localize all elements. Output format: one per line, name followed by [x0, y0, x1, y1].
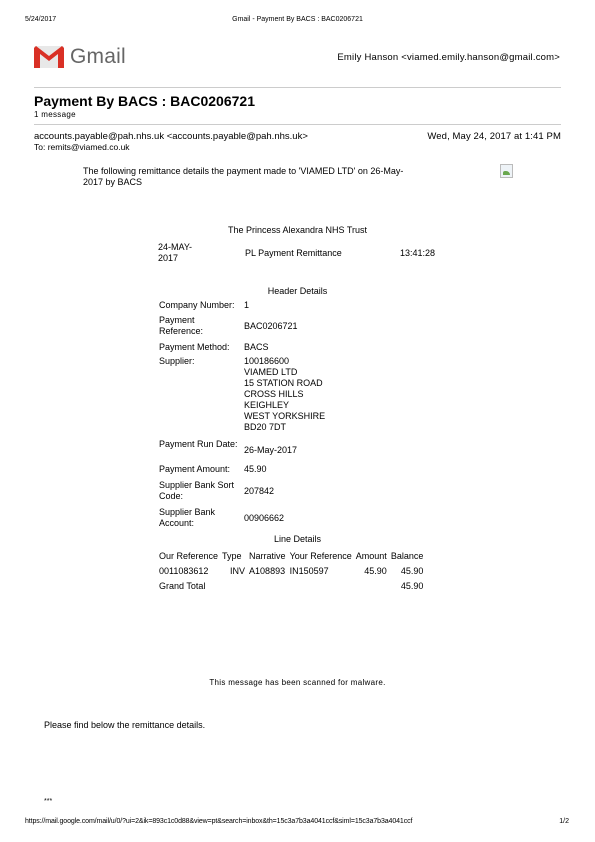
field-value-group: BAC0206721	[244, 321, 298, 332]
column-header: Balance	[389, 548, 426, 563]
table-cell: Grand Total	[157, 578, 220, 593]
malware-notice: This message has been scanned for malwar…	[0, 678, 595, 687]
field-value-group: 207842	[244, 486, 274, 497]
field-label: Payment Amount:	[159, 464, 241, 475]
broken-image-icon	[500, 164, 513, 178]
field-label: Payment Reference:	[159, 315, 241, 337]
table-cell	[220, 578, 247, 593]
field-label: Payment Method:	[159, 342, 241, 353]
line-details-table: Our ReferenceTypeNarrativeYour Reference…	[157, 548, 425, 593]
field-value: 100186600	[244, 356, 325, 367]
separator-stars: ***	[44, 798, 52, 805]
table-cell: INV	[220, 563, 247, 578]
field-value-group: 45.90	[244, 464, 267, 475]
field-value: WEST YORKSHIRE	[244, 411, 325, 422]
field-value-group: 100186600VIAMED LTD15 STATION ROADCROSS …	[244, 356, 325, 433]
report-title: PL Payment Remittance	[245, 248, 342, 258]
field-label: Company Number:	[159, 300, 241, 311]
field-value-group: 26-May-2017	[244, 445, 297, 456]
divider	[34, 87, 561, 88]
header-details-title: Header Details	[0, 286, 595, 296]
field-value-group: BACS	[244, 342, 269, 353]
column-header: Our Reference	[157, 548, 220, 563]
table-cell: 45.90	[389, 563, 426, 578]
table-cell: 45.90	[354, 563, 389, 578]
table-cell	[288, 578, 354, 593]
column-header: Narrative	[247, 548, 288, 563]
divider	[34, 124, 561, 125]
field-value: BACS	[244, 342, 269, 353]
message-date: Wed, May 24, 2017 at 1:41 PM	[427, 131, 561, 142]
table-cell: A108893	[247, 563, 288, 578]
closing-text: Please find below the remittance details…	[44, 720, 205, 730]
thread-subject: Payment By BACS : BAC0206721	[34, 93, 255, 109]
message-count: 1 message	[34, 110, 76, 119]
field-value: 1	[244, 300, 249, 311]
account-user: Emily Hanson <viamed.emily.hanson@gmail.…	[337, 52, 560, 63]
table-cell: IN150597	[288, 563, 354, 578]
table-cell: 0011083612	[157, 563, 220, 578]
field-value-group: 00906662	[244, 513, 284, 524]
grand-total-row: Grand Total45.90	[157, 578, 425, 593]
field-value: 207842	[244, 486, 274, 497]
report-date: 24-MAY-2017	[158, 242, 198, 264]
field-value-group: 1	[244, 300, 249, 311]
field-value: BAC0206721	[244, 321, 298, 332]
report-time: 13:41:28	[400, 248, 435, 258]
footer-url: https://mail.google.com/mail/u/0/?ui=2&i…	[25, 818, 412, 825]
gmail-logo: Gmail	[34, 45, 126, 69]
table-cell	[247, 578, 288, 593]
column-header: Your Reference	[288, 548, 354, 563]
recipient: To: remits@viamed.co.uk	[34, 142, 130, 152]
field-value: 15 STATION ROAD	[244, 378, 325, 389]
trust-name: The Princess Alexandra NHS Trust	[0, 225, 595, 235]
table-row: 0011083612INVA108893IN15059745.9045.90	[157, 563, 425, 578]
field-value: VIAMED LTD	[244, 367, 325, 378]
print-title: Gmail - Payment By BACS : BAC0206721	[0, 16, 595, 23]
gmail-wordmark: Gmail	[70, 45, 126, 69]
sender[interactable]: accounts.payable@pah.nhs.uk <accounts.pa…	[34, 131, 308, 142]
field-value: 26-May-2017	[244, 445, 297, 456]
line-details-title: Line Details	[0, 534, 595, 544]
field-value: CROSS HILLS	[244, 389, 325, 400]
column-header: Type	[220, 548, 247, 563]
gmail-m-icon	[34, 46, 64, 68]
intro-text: The following remittance details the pay…	[83, 166, 413, 188]
field-value: 00906662	[244, 513, 284, 524]
table-header: Our ReferenceTypeNarrativeYour Reference…	[157, 548, 425, 563]
field-label: Payment Run Date:	[159, 439, 241, 450]
field-label: Supplier Bank Sort Code:	[159, 480, 241, 502]
field-value: 45.90	[244, 464, 267, 475]
page-number: 1/2	[559, 818, 569, 825]
field-value: BD20 7DT	[244, 422, 325, 433]
field-label: Supplier Bank Account:	[159, 507, 241, 529]
table-cell: 45.90	[389, 578, 426, 593]
field-label: Supplier:	[159, 356, 241, 367]
field-value: KEIGHLEY	[244, 400, 325, 411]
column-header: Amount	[354, 548, 389, 563]
table-cell	[354, 578, 389, 593]
